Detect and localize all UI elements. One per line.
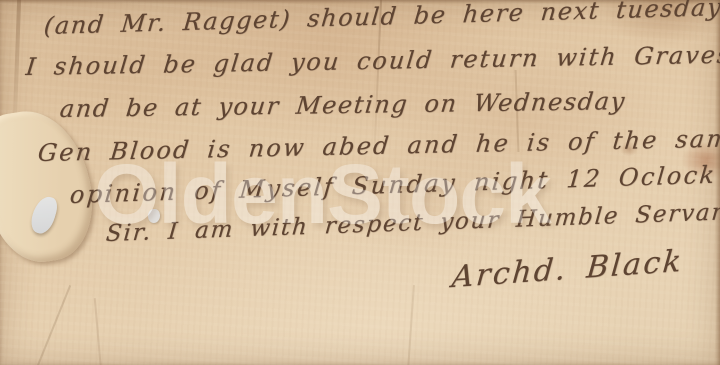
letter-photo: (and Mr. Ragget) should be here next tue… [0,0,720,365]
